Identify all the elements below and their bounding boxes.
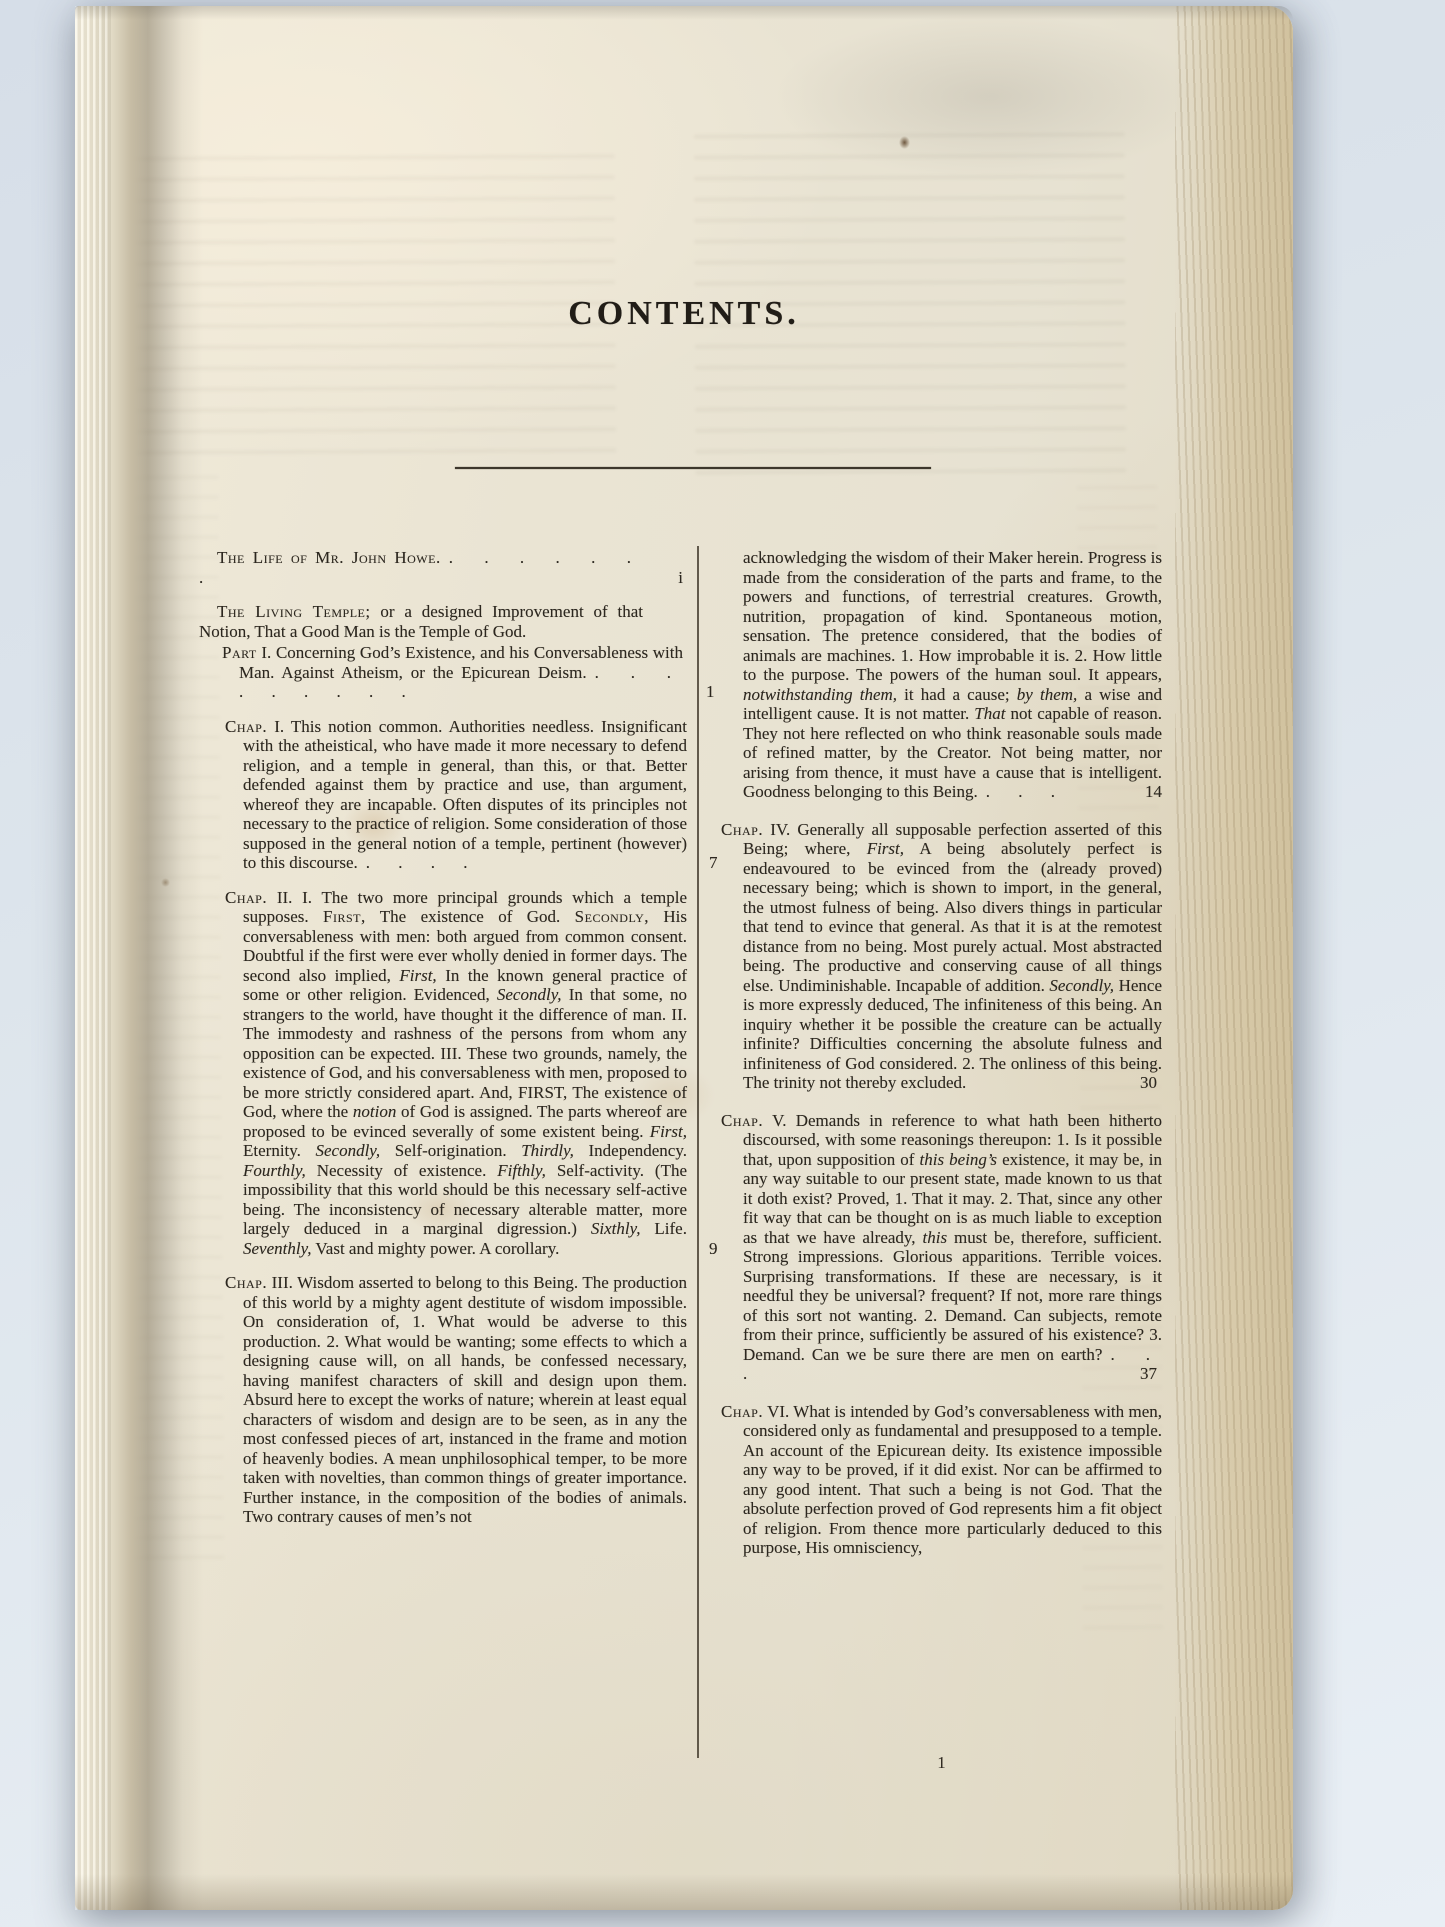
page-content: CONTENTS. The Life of Mr. John Howe.. . … [75,6,1293,1910]
entry-text: acknowledging the wisdom of their Maker … [743,548,1162,801]
entry-chap-4: Chap. IV. Generally all supposable perfe… [721,820,1162,1093]
entry-text: Chap. IV. Generally all supposable perfe… [721,820,1162,1093]
entry-text: The Life of Mr. John Howe.. . . . . . . [199,548,643,587]
entry-part-1: Part I. Concerning God’s Existence, and … [199,643,683,702]
entry-living-temple: The Living Temple; or a designed Improve… [199,602,643,641]
entry-chap-3-continued: acknowledging the wisdom of their Maker … [721,548,1162,802]
entry-text: Part I. Concerning God’s Existence, and … [222,643,683,701]
dot-leaders: . . . . [358,853,480,872]
signature-mark: 1 [721,1753,1162,1773]
entry-life-of-john-howe: The Life of Mr. John Howe.. . . . . . .i [199,548,643,587]
entry-text: Chap. VI. What is intended by God’s conv… [721,1402,1162,1558]
entry-text: Chap. III. Wisdom asserted to belong to … [225,1273,687,1526]
entry-chap-3: Chap. III. Wisdom asserted to belong to … [199,1273,687,1527]
page-title: CONTENTS. [75,294,1293,334]
entry-chap-2: Chap. II. I. The two more principal grou… [199,888,687,1259]
book-page: CONTENTS. The Life of Mr. John Howe.. . … [75,6,1293,1910]
entry-text: Chap. I. This notion common. Authorities… [225,717,687,873]
entry-text: Chap. II. I. The two more principal grou… [225,888,687,1258]
page-number: i [660,568,683,588]
title-rule [455,467,931,469]
toc-right-column: acknowledging the wisdom of their Maker … [721,548,1162,1558]
entry-text: The Living Temple; or a designed Improve… [199,602,643,641]
page-number: 14 [1145,782,1162,802]
column-divider [697,546,699,1758]
entry-chap-5: Chap. V. Demands in reference to what ha… [721,1111,1162,1384]
entry-chap-1: Chap. I. This notion common. Authorities… [199,717,687,873]
entry-chap-6: Chap. VI. What is intended by God’s conv… [721,1402,1162,1558]
entry-text: Chap. V. Demands in reference to what ha… [721,1111,1162,1384]
toc-left-column: The Life of Mr. John Howe.. . . . . . .i… [199,548,687,1527]
dot-leaders: . . . [978,782,1067,801]
